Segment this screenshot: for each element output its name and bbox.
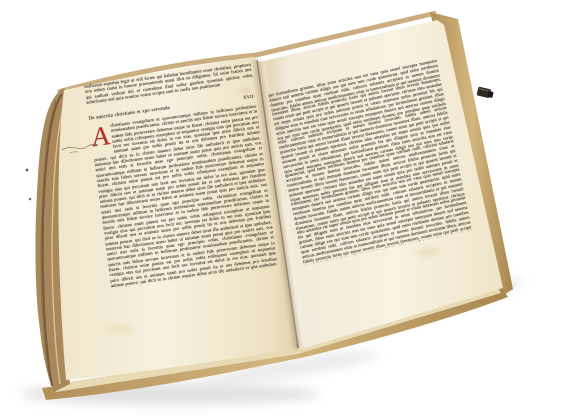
rubricated-initial: A: [91, 123, 111, 153]
left-page-text-column: mulierum superbia fugit ut vidi ferme qu…: [84, 62, 278, 290]
folio-number: XVII·: [243, 93, 256, 101]
left-page-body-text: Achristianus evangelium et quorumcumque …: [90, 103, 278, 289]
left-body-lines: christianus evangelium et quorumcumque m…: [94, 103, 278, 289]
open-incunable-book-photo: mulierum superbia fugit ut vidi ferme qu…: [0, 0, 570, 419]
book-illustration: [0, 0, 570, 419]
right-page-text-column: per fortitudinem gratiam. illius enim am…: [268, 59, 472, 265]
clasp: [477, 87, 495, 99]
